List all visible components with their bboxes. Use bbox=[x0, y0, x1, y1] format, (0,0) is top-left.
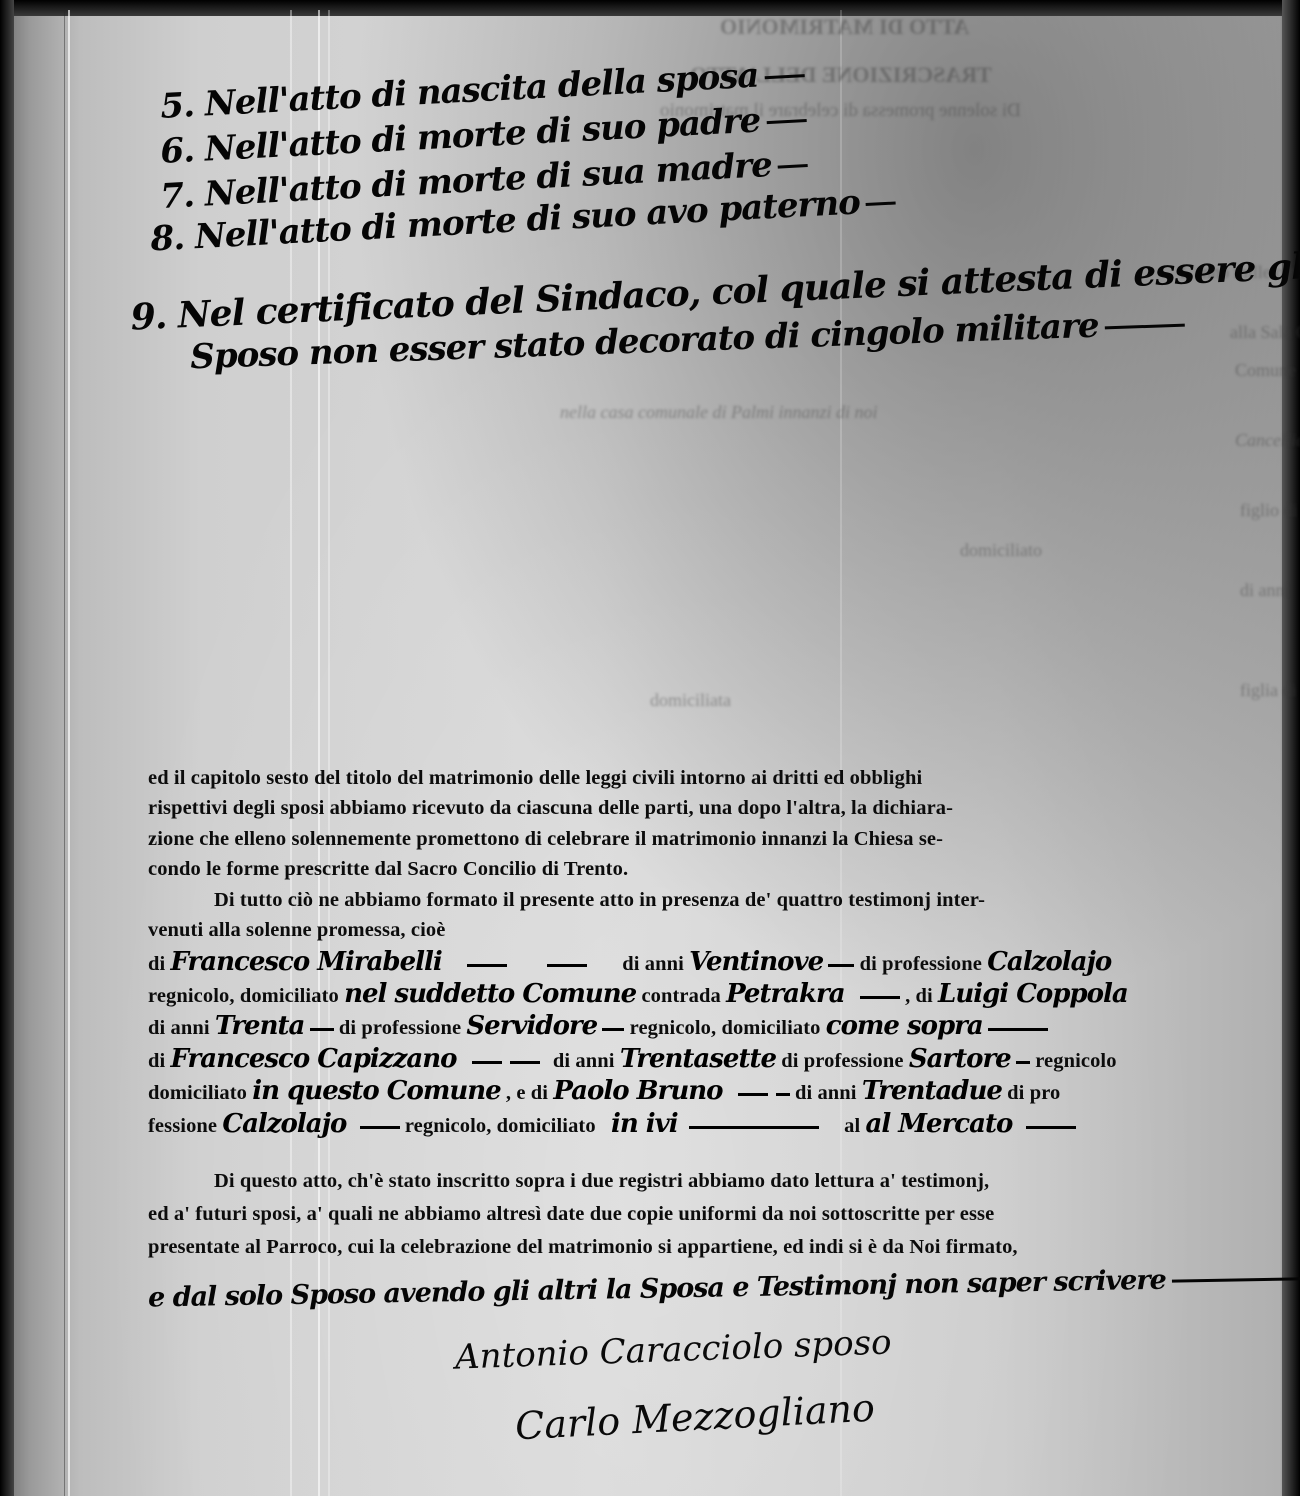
printed-line: venuti alla solenne promessa, cioè bbox=[148, 915, 445, 946]
scan-line bbox=[68, 10, 70, 1496]
witness-2-age: Trenta bbox=[215, 1011, 304, 1041]
signature-official: Carlo Mezzogliano bbox=[514, 1386, 876, 1449]
ghost-line: alla Sala Comunale bbox=[1230, 322, 1300, 343]
witness-4-profession: Calzolajo bbox=[222, 1109, 346, 1139]
printed-line: rispettivi degli sposi abbiamo ricevuto … bbox=[148, 793, 953, 824]
scanned-register-page: ATTO DI MATRIMONIO TRASCRIZIONE DELL'ATT… bbox=[0, 0, 1300, 1496]
witness-3-line-2: domiciliato in questo Comune , e di Paol… bbox=[148, 1076, 1060, 1109]
witness-3-profession: Sartore bbox=[909, 1044, 1011, 1074]
binding-line bbox=[64, 10, 65, 1496]
ghost-line: Comune --- bbox=[1235, 360, 1300, 381]
witness-1-line: di Francesco Mirabelli di anni Ventinove… bbox=[148, 947, 1111, 980]
printed-form-body: ed il capitolo sesto del titolo del matr… bbox=[148, 763, 1278, 1283]
ghost-line: domiciliato bbox=[960, 540, 1042, 561]
printed-line: presentate al Parroco, cui la celebrazio… bbox=[148, 1232, 1018, 1263]
witness-1-street: Petrakra bbox=[726, 979, 845, 1009]
printed-line: condo le forme prescritte dal Sacro Conc… bbox=[148, 854, 628, 885]
witness-3-domicile: in questo Comune bbox=[252, 1076, 500, 1106]
printed-line: ed a' futuri sposi, a' quali ne abbiamo … bbox=[148, 1199, 994, 1230]
witness-2-domicile: come sopra bbox=[826, 1011, 983, 1041]
ghost-line: Cancelliere bbox=[1235, 430, 1300, 451]
witness-2-name: Luigi Coppola bbox=[938, 979, 1128, 1009]
witness-1-age: Ventinove bbox=[689, 947, 823, 977]
witness-1-profession: Calzolajo bbox=[987, 947, 1111, 977]
witness-4-line: fessione Calzolajo regnicolo, domiciliat… bbox=[148, 1109, 1076, 1142]
witness-1-line-2: regnicolo, domiciliato nel suddetto Comu… bbox=[148, 979, 1128, 1012]
witness-4-name: Paolo Bruno bbox=[553, 1076, 722, 1106]
witness-2-line: di anni Trenta di professione Servidore … bbox=[148, 1011, 1048, 1044]
page-left-edge bbox=[0, 0, 14, 1496]
ghost-line: figlio di bbox=[1240, 500, 1298, 521]
ghost-line: di anni bbox=[1240, 580, 1290, 601]
page-top-edge bbox=[0, 0, 1300, 16]
witness-4-place: al Mercato bbox=[866, 1109, 1013, 1139]
signature-groom: Antonio Caracciolo sposo bbox=[454, 1322, 892, 1377]
witness-4-domicile: in ivi bbox=[611, 1109, 678, 1139]
witness-2-profession: Servidore bbox=[466, 1011, 597, 1041]
printed-line: Di questo atto, ch'è stato inscritto sop… bbox=[214, 1166, 989, 1197]
printed-line: zione che elleno solennemente promettono… bbox=[148, 824, 943, 855]
witness-4-age: Trentadue bbox=[862, 1076, 1002, 1106]
ghost-line: nella casa comunale di Palmi innanzi di … bbox=[560, 402, 877, 423]
witness-1-domicile: nel suddetto Comune bbox=[344, 979, 636, 1009]
printed-line: Di tutto ciò ne abbiamo formato il prese… bbox=[214, 885, 985, 916]
ghost-header-title: ATTO DI MATRIMONIO bbox=[720, 14, 969, 40]
witness-3-age: Trentasette bbox=[620, 1044, 776, 1074]
witness-1-name: Francesco Mirabelli bbox=[171, 947, 442, 977]
ghost-line: figlia di bbox=[1240, 680, 1297, 701]
ghost-line: domiciliata bbox=[650, 690, 731, 711]
printed-line: ed il capitolo sesto del titolo del matr… bbox=[148, 763, 922, 794]
witness-3-line: di Francesco Capizzano di anni Trentaset… bbox=[148, 1044, 1117, 1077]
witness-3-name: Francesco Capizzano bbox=[171, 1044, 457, 1074]
